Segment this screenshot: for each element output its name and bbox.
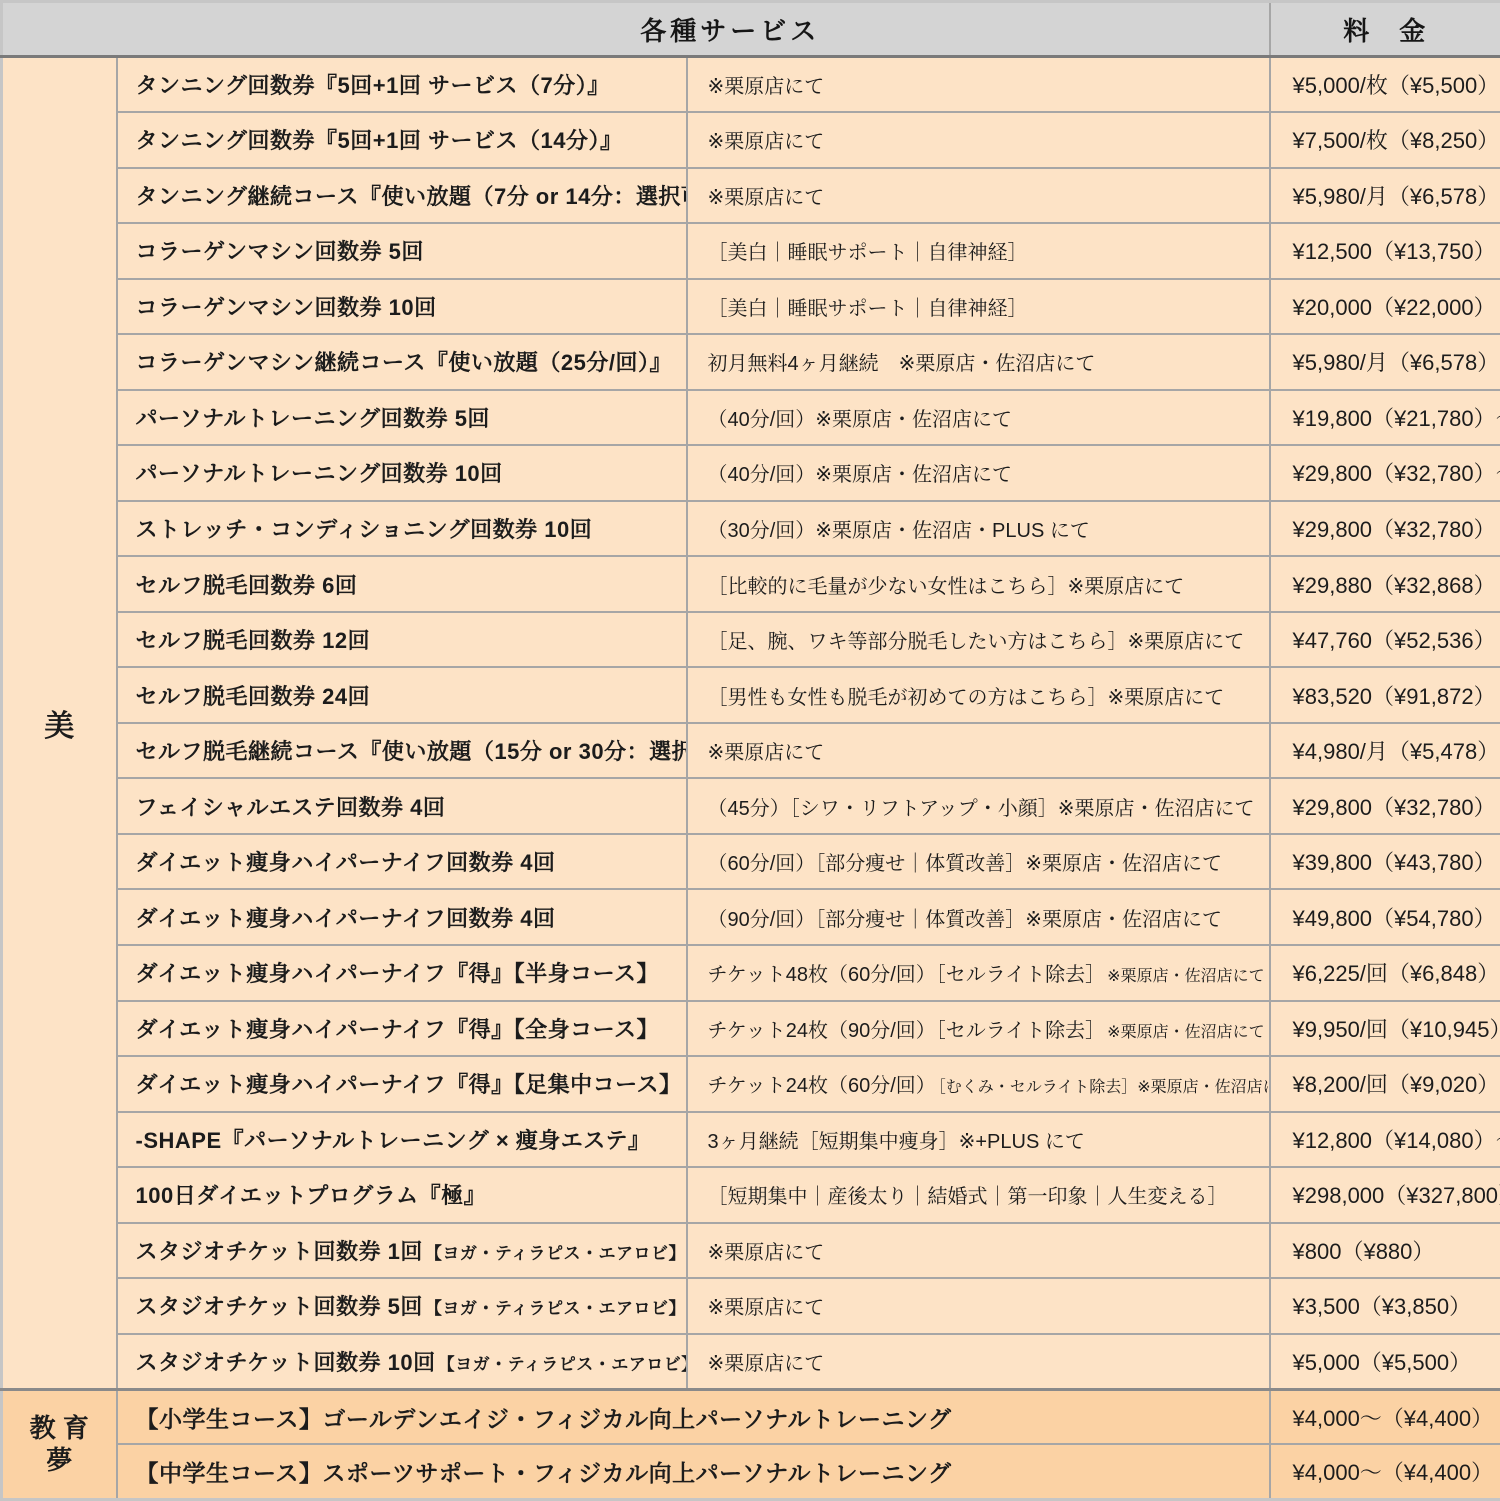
table-header: 各種サービス 料 金 xyxy=(2,2,1500,57)
service-name-text: コラーゲンマシン回数券 5回 xyxy=(136,239,424,264)
service-name-sub: 【ヨガ・ティラピス・エアロビ】 xyxy=(425,1299,686,1318)
service-name-text: ダイエット痩身ハイパーナイフ回数券 4回 xyxy=(136,850,556,875)
service-name-text: コラーゲンマシン回数券 10回 xyxy=(136,295,437,320)
note-text: チケット24枚（60分/回） xyxy=(708,1075,936,1097)
service-note-cell: チケット48枚（60分/回）［セルライト除去］※栗原店・佐沼店にて xyxy=(687,945,1270,1001)
service-name-cell: セルフ脱毛回数券 24回 xyxy=(117,667,687,723)
price-cell: ¥49,800（¥54,780） xyxy=(1270,889,1500,945)
price-cell: ¥12,500（¥13,750） xyxy=(1270,223,1500,279)
service-name-text: 【小学生コース】ゴールデンエイジ・フィジカル向上パーソナルトレーニング xyxy=(136,1406,952,1432)
price-cell: ¥7,500/枚（¥8,250） xyxy=(1270,112,1500,168)
category-cell-education: 教 育 夢 xyxy=(2,1389,117,1499)
price-cell: ¥29,800（¥32,780）～ xyxy=(1270,445,1500,501)
service-name-text: 【中学生コース】スポーツサポート・フィジカル向上パーソナルトレーニング xyxy=(136,1460,952,1486)
price-cell: ¥39,800（¥43,780） xyxy=(1270,834,1500,890)
price-cell: ¥12,800（¥14,080）～ xyxy=(1270,1112,1500,1168)
education-label-line1: 教 育 xyxy=(4,1412,115,1445)
service-note-cell: ［足、腕、ワキ等部分脱毛したい方はこちら］※栗原店にて xyxy=(687,612,1270,668)
note-text: （90分/回）［部分痩せ｜体質改善］※栗原店・佐沼店にて xyxy=(708,909,1223,931)
note-text: 3ヶ月継続［短期集中痩身］※+PLUS にて xyxy=(708,1131,1085,1153)
service-name-text: 100日ダイエットプログラム『極』 xyxy=(136,1183,487,1208)
service-name-cell: セルフ脱毛回数券 6回 xyxy=(117,556,687,612)
price-cell: ¥83,520（¥91,872） xyxy=(1270,667,1500,723)
note-text: （60分/回）［部分痩せ｜体質改善］※栗原店・佐沼店にて xyxy=(708,853,1223,875)
service-note-cell: ［短期集中｜産後太り｜結婚式｜第一印象｜人生変える］ xyxy=(687,1167,1270,1223)
service-note-cell: ※栗原店にて xyxy=(687,1334,1270,1390)
price-header: 料 金 xyxy=(1270,2,1500,57)
price-cell: ¥29,800（¥32,780） xyxy=(1270,501,1500,557)
service-name-text: ダイエット痩身ハイパーナイフ『得』【全身コース】 xyxy=(136,1017,660,1042)
price-cell: ¥6,225/回（¥6,848）～ xyxy=(1270,945,1500,1001)
header-row: 各種サービス 料 金 xyxy=(2,2,1500,57)
service-note-cell: 初月無料4ヶ月継続 ※栗原店・佐沼店にて xyxy=(687,334,1270,390)
price-cell: ¥5,000（¥5,500） xyxy=(1270,1334,1500,1390)
service-name-cell: ストレッチ・コンディショニング回数券 10回 xyxy=(117,501,687,557)
table-row: セルフ脱毛継続コース『使い放題（15分 or 30分：選択可）』 ※栗原店にて … xyxy=(2,723,1500,779)
note-text: ※栗原店にて xyxy=(708,742,825,764)
service-name-text: ダイエット痩身ハイパーナイフ『得』【足集中コース】 xyxy=(136,1072,682,1097)
service-name-cell: スタジオチケット回数券 5回【ヨガ・ティラピス・エアロビ】 xyxy=(117,1278,687,1334)
price-cell: ¥4,980/月（¥5,478） xyxy=(1270,723,1500,779)
price-cell: ¥5,980/月（¥6,578）～ xyxy=(1270,168,1500,224)
table-row: ダイエット痩身ハイパーナイフ回数券 4回 （60分/回）［部分痩せ｜体質改善］※… xyxy=(2,834,1500,890)
table-row: パーソナルトレーニング回数券 5回 （40分/回）※栗原店・佐沼店にて ¥19,… xyxy=(2,390,1500,446)
service-name-cell: ダイエット痩身ハイパーナイフ回数券 4回 xyxy=(117,834,687,890)
service-name-text: セルフ脱毛回数券 12回 xyxy=(136,628,371,653)
table-row: コラーゲンマシン回数券 5回 ［美白｜睡眠サポート｜自律神経］ ¥12,500（… xyxy=(2,223,1500,279)
category-cell-beauty: 美 xyxy=(2,57,117,1390)
service-name-cell: ダイエット痩身ハイパーナイフ回数券 4回 xyxy=(117,889,687,945)
service-name-text: セルフ脱毛継続コース『使い放題（15分 or 30分：選択可）』 xyxy=(136,739,687,764)
note-text: 初月無料4ヶ月継続 ※栗原店・佐沼店にて xyxy=(708,353,1096,375)
note-text: チケット24枚（90分/回）［セルライト除去］ xyxy=(708,1020,1106,1042)
table-row: パーソナルトレーニング回数券 10回 （40分/回）※栗原店・佐沼店にて ¥29… xyxy=(2,445,1500,501)
note-text: ※栗原店にて xyxy=(708,76,825,98)
service-note-cell: ※栗原店にて xyxy=(687,723,1270,779)
service-note-cell: ※栗原店にて xyxy=(687,168,1270,224)
service-name-cell: タンニング継続コース『使い放題（7分 or 14分：選択可）』 xyxy=(117,168,687,224)
service-name-cell: 【小学生コース】ゴールデンエイジ・フィジカル向上パーソナルトレーニング xyxy=(117,1389,1270,1444)
table-row: スタジオチケット回数券 5回【ヨガ・ティラピス・エアロビ】 ※栗原店にて ¥3,… xyxy=(2,1278,1500,1334)
service-name-text: タンニング回数券『5回+1回 サービス（14分）』 xyxy=(136,128,623,153)
service-name-text: セルフ脱毛回数券 6回 xyxy=(136,573,358,598)
service-name-text: タンニング継続コース『使い放題（7分 or 14分：選択可）』 xyxy=(136,184,687,209)
service-name-cell: 100日ダイエットプログラム『極』 xyxy=(117,1167,687,1223)
service-name-text: タンニング回数券『5回+1回 サービス（7分）』 xyxy=(136,73,610,98)
service-name-cell: -SHAPE『パーソナルトレーニング × 痩身エステ』 xyxy=(117,1112,687,1168)
price-table: 各種サービス 料 金 美 タンニング回数券『5回+1回 サービス（7分）』 ※栗… xyxy=(0,0,1500,1501)
table-row: ダイエット痩身ハイパーナイフ『得』【半身コース】 チケット48枚（60分/回）［… xyxy=(2,945,1500,1001)
note-text: （30分/回）※栗原店・佐沼店・PLUS にて xyxy=(708,520,1090,542)
service-note-cell: ※栗原店にて xyxy=(687,57,1270,113)
table-row: 美 タンニング回数券『5回+1回 サービス（7分）』 ※栗原店にて ¥5,000… xyxy=(2,57,1500,113)
note-text: ※栗原店にて xyxy=(708,131,825,153)
note-text: ［美白｜睡眠サポート｜自律神経］ xyxy=(708,242,1028,264)
service-note-cell: （45分）［シワ・リフトアップ・小顔］※栗原店・佐沼店にて xyxy=(687,778,1270,834)
note-text: ※栗原店にて xyxy=(708,187,825,209)
note-text: ［短期集中｜産後太り｜結婚式｜第一印象｜人生変える］ xyxy=(708,1186,1228,1208)
service-name-cell: スタジオチケット回数券 1回【ヨガ・ティラピス・エアロビ】 xyxy=(117,1223,687,1279)
service-name-text: スタジオチケット回数券 5回 xyxy=(136,1294,423,1319)
service-note-cell: ［男性も女性も脱毛が初めての方はこちら］※栗原店にて xyxy=(687,667,1270,723)
table-row: タンニング回数券『5回+1回 サービス（14分）』 ※栗原店にて ¥7,500/… xyxy=(2,112,1500,168)
price-cell: ¥4,000～（¥4,400） xyxy=(1270,1389,1500,1444)
price-cell: ¥298,000（¥327,800） xyxy=(1270,1167,1500,1223)
note-text: ※栗原店にて xyxy=(708,1242,825,1264)
service-name-cell: スタジオチケット回数券 10回【ヨガ・ティラピス・エアロビ】 xyxy=(117,1334,687,1390)
service-name-cell: セルフ脱毛回数券 12回 xyxy=(117,612,687,668)
price-cell: ¥5,980/月（¥6,578） xyxy=(1270,334,1500,390)
table-row: ストレッチ・コンディショニング回数券 10回 （30分/回）※栗原店・佐沼店・P… xyxy=(2,501,1500,557)
service-name-cell: フェイシャルエステ回数券 4回 xyxy=(117,778,687,834)
table-row: スタジオチケット回数券 1回【ヨガ・ティラピス・エアロビ】 ※栗原店にて ¥80… xyxy=(2,1223,1500,1279)
service-name-text: コラーゲンマシン継続コース『使い放題（25分/回）』 xyxy=(136,350,673,375)
price-cell: ¥8,200/回（¥9,020）～ xyxy=(1270,1056,1500,1112)
note-text: ※栗原店にて xyxy=(708,1353,825,1375)
price-cell: ¥800（¥880） xyxy=(1270,1223,1500,1279)
note-sub-text: ※栗原店・佐沼店にて xyxy=(1107,1024,1264,1041)
price-cell: ¥19,800（¥21,780）～ xyxy=(1270,390,1500,446)
table-row: コラーゲンマシン回数券 10回 ［美白｜睡眠サポート｜自律神経］ ¥20,000… xyxy=(2,279,1500,335)
service-name-text: ダイエット痩身ハイパーナイフ『得』【半身コース】 xyxy=(136,961,660,986)
price-cell: ¥20,000（¥22,000） xyxy=(1270,279,1500,335)
note-text: （45分）［シワ・リフトアップ・小顔］※栗原店・佐沼店にて xyxy=(708,798,1255,820)
service-name-text: パーソナルトレーニング回数券 10回 xyxy=(136,461,503,486)
service-name-cell: ダイエット痩身ハイパーナイフ『得』【全身コース】 xyxy=(117,1001,687,1057)
service-name-cell: ダイエット痩身ハイパーナイフ『得』【半身コース】 xyxy=(117,945,687,1001)
service-note-cell: ※栗原店にて xyxy=(687,1223,1270,1279)
service-note-cell: ［美白｜睡眠サポート｜自律神経］ xyxy=(687,279,1270,335)
service-name-cell: 【中学生コース】スポーツサポート・フィジカル向上パーソナルトレーニング xyxy=(117,1444,1270,1499)
service-note-cell: （60分/回）［部分痩せ｜体質改善］※栗原店・佐沼店にて xyxy=(687,834,1270,890)
note-text: （40分/回）※栗原店・佐沼店にて xyxy=(708,464,1013,486)
service-note-cell: チケット24枚（90分/回）［セルライト除去］※栗原店・佐沼店にて xyxy=(687,1001,1270,1057)
service-note-cell: 3ヶ月継続［短期集中痩身］※+PLUS にて xyxy=(687,1112,1270,1168)
service-name-text: ダイエット痩身ハイパーナイフ回数券 4回 xyxy=(136,906,556,931)
table-row: セルフ脱毛回数券 6回 ［比較的に毛量が少ない女性はこちら］※栗原店にて ¥29… xyxy=(2,556,1500,612)
service-name-cell: ダイエット痩身ハイパーナイフ『得』【足集中コース】 xyxy=(117,1056,687,1112)
note-text: （40分/回）※栗原店・佐沼店にて xyxy=(708,409,1013,431)
service-note-cell: （40分/回）※栗原店・佐沼店にて xyxy=(687,445,1270,501)
service-name-cell: タンニング回数券『5回+1回 サービス（14分）』 xyxy=(117,112,687,168)
note-text: ［男性も女性も脱毛が初めての方はこちら］※栗原店にて xyxy=(708,687,1225,709)
service-note-cell: ※栗原店にて xyxy=(687,112,1270,168)
service-name-text: パーソナルトレーニング回数券 5回 xyxy=(136,406,490,431)
service-name-cell: コラーゲンマシン継続コース『使い放題（25分/回）』 xyxy=(117,334,687,390)
note-sub-text: ［むくみ・セルライト除去］※栗原店・佐沼店にて xyxy=(938,1079,1270,1096)
service-note-cell: ※栗原店にて xyxy=(687,1278,1270,1334)
table-row: ダイエット痩身ハイパーナイフ『得』【全身コース】 チケット24枚（90分/回）［… xyxy=(2,1001,1500,1057)
service-name-text: スタジオチケット回数券 1回 xyxy=(136,1239,423,1264)
price-cell: ¥4,000～（¥4,400） xyxy=(1270,1444,1500,1499)
table-row: フェイシャルエステ回数券 4回 （45分）［シワ・リフトアップ・小顔］※栗原店・… xyxy=(2,778,1500,834)
price-cell: ¥9,950/回（¥10,945）～ xyxy=(1270,1001,1500,1057)
table-row: スタジオチケット回数券 10回【ヨガ・ティラピス・エアロビ】 ※栗原店にて ¥5… xyxy=(2,1334,1500,1390)
service-note-cell: ［比較的に毛量が少ない女性はこちら］※栗原店にて xyxy=(687,556,1270,612)
note-sub-text: ※栗原店・佐沼店にて xyxy=(1107,968,1264,985)
table-row: 教 育 夢 【小学生コース】ゴールデンエイジ・フィジカル向上パーソナルトレーニン… xyxy=(2,1389,1500,1444)
table-row: タンニング継続コース『使い放題（7分 or 14分：選択可）』 ※栗原店にて ¥… xyxy=(2,168,1500,224)
service-name-cell: パーソナルトレーニング回数券 5回 xyxy=(117,390,687,446)
service-name-sub: 【ヨガ・ティラピス・エアロビ】 xyxy=(425,1244,686,1263)
price-cell: ¥5,000/枚（¥5,500） xyxy=(1270,57,1500,113)
table-row: セルフ脱毛回数券 12回 ［足、腕、ワキ等部分脱毛したい方はこちら］※栗原店にて… xyxy=(2,612,1500,668)
price-cell: ¥47,760（¥52,536） xyxy=(1270,612,1500,668)
table-row: ダイエット痩身ハイパーナイフ回数券 4回 （90分/回）［部分痩せ｜体質改善］※… xyxy=(2,889,1500,945)
service-name-cell: セルフ脱毛継続コース『使い放題（15分 or 30分：選択可）』 xyxy=(117,723,687,779)
service-name-text: セルフ脱毛回数券 24回 xyxy=(136,684,371,709)
note-text: ※栗原店にて xyxy=(708,1297,825,1319)
table-row: ダイエット痩身ハイパーナイフ『得』【足集中コース】 チケット24枚（60分/回）… xyxy=(2,1056,1500,1112)
service-name-text: -SHAPE『パーソナルトレーニング × 痩身エステ』 xyxy=(136,1128,651,1153)
price-cell: ¥29,800（¥32,780） xyxy=(1270,778,1500,834)
table-row: 100日ダイエットプログラム『極』 ［短期集中｜産後太り｜結婚式｜第一印象｜人生… xyxy=(2,1167,1500,1223)
service-name-cell: タンニング回数券『5回+1回 サービス（7分）』 xyxy=(117,57,687,113)
table-row: コラーゲンマシン継続コース『使い放題（25分/回）』 初月無料4ヶ月継続 ※栗原… xyxy=(2,334,1500,390)
services-header: 各種サービス xyxy=(2,2,1270,57)
service-name-text: ストレッチ・コンディショニング回数券 10回 xyxy=(136,517,593,542)
service-note-cell: （40分/回）※栗原店・佐沼店にて xyxy=(687,390,1270,446)
table-row: 【中学生コース】スポーツサポート・フィジカル向上パーソナルトレーニング ¥4,0… xyxy=(2,1444,1500,1499)
service-note-cell: チケット24枚（60分/回）［むくみ・セルライト除去］※栗原店・佐沼店にて xyxy=(687,1056,1270,1112)
service-name-cell: コラーゲンマシン回数券 5回 xyxy=(117,223,687,279)
service-note-cell: （90分/回）［部分痩せ｜体質改善］※栗原店・佐沼店にて xyxy=(687,889,1270,945)
price-cell: ¥3,500（¥3,850） xyxy=(1270,1278,1500,1334)
table-row: -SHAPE『パーソナルトレーニング × 痩身エステ』 3ヶ月継続［短期集中痩身… xyxy=(2,1112,1500,1168)
note-text: ［比較的に毛量が少ない女性はこちら］※栗原店にて xyxy=(708,576,1185,598)
note-text: ［美白｜睡眠サポート｜自律神経］ xyxy=(708,298,1028,320)
service-name-sub: 【ヨガ・ティラピス・エアロビ】 xyxy=(438,1355,687,1374)
service-note-cell: ［美白｜睡眠サポート｜自律神経］ xyxy=(687,223,1270,279)
service-name-text: スタジオチケット回数券 10回 xyxy=(136,1350,436,1375)
note-text: チケット48枚（60分/回）［セルライト除去］ xyxy=(708,964,1106,986)
education-label-line2: 夢 xyxy=(4,1444,115,1477)
service-name-cell: パーソナルトレーニング回数券 10回 xyxy=(117,445,687,501)
service-name-text: フェイシャルエステ回数券 4回 xyxy=(136,795,446,820)
service-note-cell: （30分/回）※栗原店・佐沼店・PLUS にて xyxy=(687,501,1270,557)
note-text: ［足、腕、ワキ等部分脱毛したい方はこちら］※栗原店にて xyxy=(708,631,1245,653)
table-row: セルフ脱毛回数券 24回 ［男性も女性も脱毛が初めての方はこちら］※栗原店にて … xyxy=(2,667,1500,723)
price-cell: ¥29,880（¥32,868） xyxy=(1270,556,1500,612)
service-name-cell: コラーゲンマシン回数券 10回 xyxy=(117,279,687,335)
